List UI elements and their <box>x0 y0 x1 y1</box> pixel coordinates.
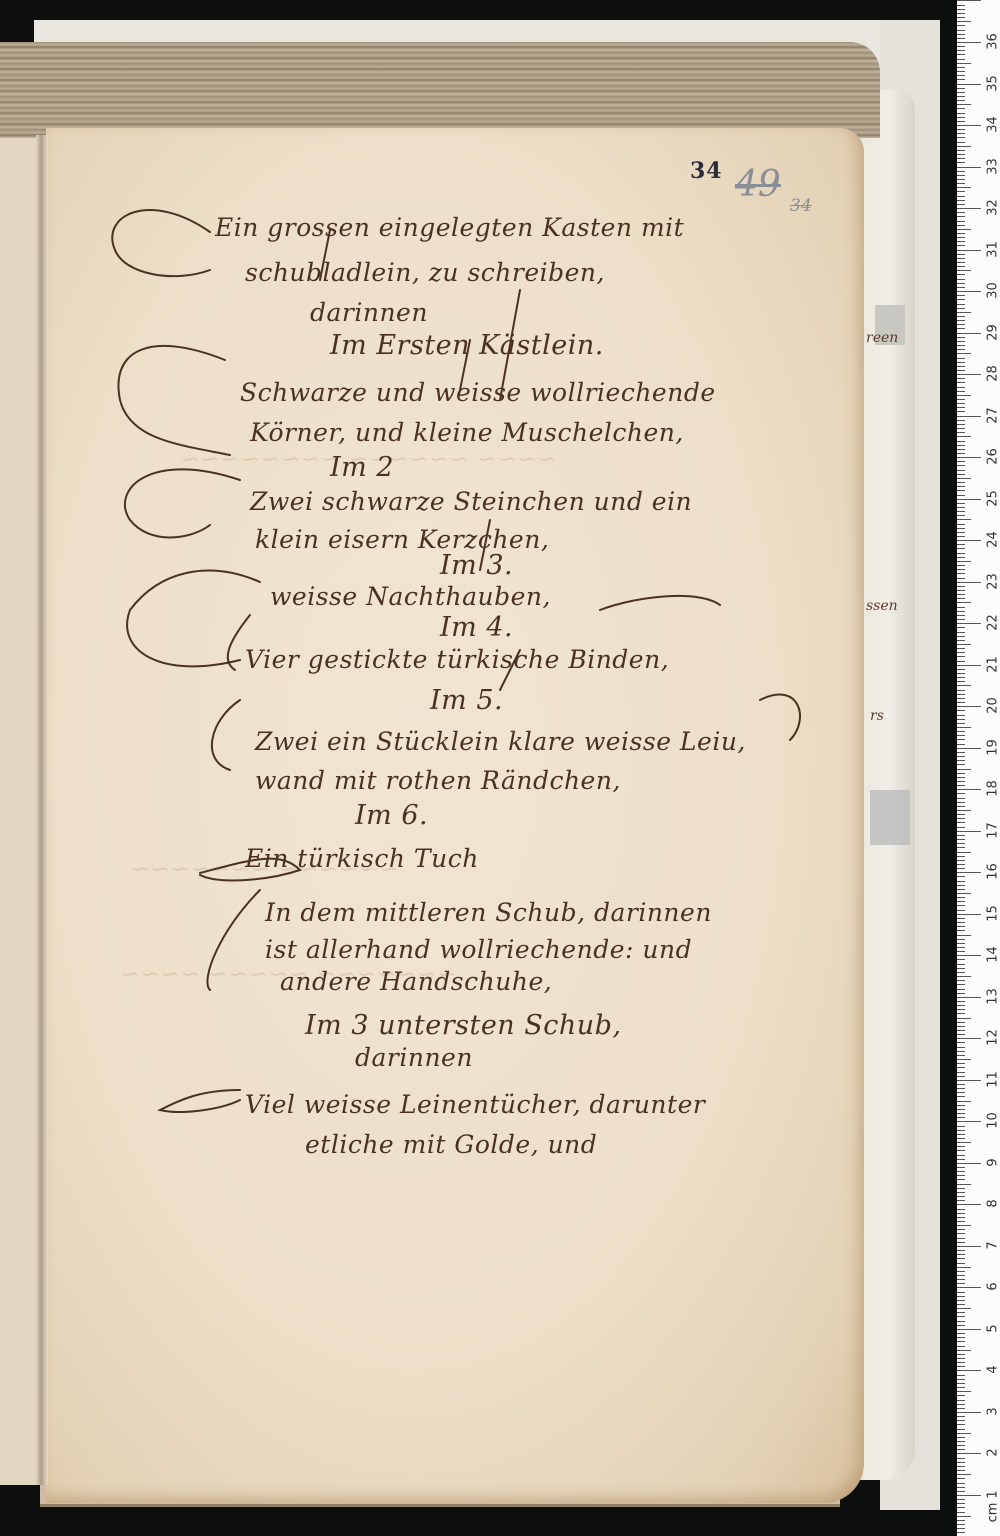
ruler-tick <box>957 619 965 620</box>
ruler-tick <box>957 723 965 724</box>
ruler-tick <box>957 1321 965 1322</box>
ruler-tick <box>957 1383 965 1384</box>
ruler-tick <box>957 910 965 911</box>
ruler-tick <box>957 710 965 711</box>
ruler-tick <box>957 1404 965 1405</box>
ruler-tick <box>957 1179 965 1180</box>
ruler-tick <box>957 511 965 512</box>
ruler-tick <box>957 810 971 811</box>
ruler-tick <box>957 250 981 251</box>
ruler-tick <box>957 1013 965 1014</box>
ruler-tick <box>957 1412 981 1413</box>
ruler-tick <box>957 1470 965 1471</box>
ruler-tick <box>957 632 965 633</box>
ruler-tick <box>957 760 965 761</box>
ruler-tick <box>957 557 965 558</box>
ruler-tick <box>957 1520 965 1521</box>
ruler-tick <box>957 764 965 765</box>
ruler-tick <box>957 420 965 421</box>
ruler-tick <box>957 1283 965 1284</box>
ruler-tick <box>957 864 965 865</box>
ruler-tick <box>957 316 965 317</box>
ruler-tick <box>957 831 981 832</box>
ruler-tick <box>957 191 965 192</box>
ruler-tick <box>957 536 965 537</box>
ruler-label: 24 <box>986 530 1000 550</box>
ruler-tick <box>957 943 965 944</box>
ruler-tick <box>957 930 965 931</box>
ruler-tick <box>957 320 965 321</box>
ruler-tick <box>957 997 981 998</box>
ruler-tick <box>957 158 965 159</box>
ruler-tick <box>957 1142 971 1143</box>
ruler-tick <box>957 507 965 508</box>
ruler-label: 28 <box>986 364 1000 384</box>
manuscript-line: wand mit rothen Rändchen, <box>255 766 621 795</box>
ruler-tick <box>957 1408 965 1409</box>
manuscript-line: Ein türkisch Tuch <box>245 844 479 873</box>
ruler-tick <box>957 1042 965 1043</box>
ruler-tick <box>957 378 965 379</box>
ruler-unit-label: cm <box>986 1503 1000 1523</box>
ruler-tick <box>957 432 965 433</box>
ruler-tick <box>957 1258 965 1259</box>
ruler-tick <box>957 333 981 334</box>
ruler-tick <box>957 1109 965 1110</box>
ruler-tick <box>957 104 971 105</box>
ruler-tick <box>957 84 981 85</box>
ruler-tick <box>957 528 965 529</box>
manuscript-heading: Im 3 untersten Schub, <box>305 1010 622 1041</box>
edge-text-fragment: reen <box>866 330 898 346</box>
edge-text-fragment: rs <box>870 708 884 724</box>
ruler-tick <box>957 993 965 994</box>
ruler-tick <box>957 79 965 80</box>
ruler-tick <box>957 1458 965 1459</box>
ruler-tick <box>957 532 965 533</box>
ruler-tick <box>957 108 965 109</box>
ruler-tick <box>957 1163 981 1164</box>
ruler-tick <box>957 656 965 657</box>
ruler-tick <box>957 1018 971 1019</box>
ruler-tick <box>957 914 981 915</box>
ruler-tick <box>957 113 965 114</box>
ruler-tick <box>957 1474 971 1475</box>
ruler-label: 6 <box>986 1277 1000 1297</box>
ruler-tick <box>957 1358 965 1359</box>
ruler-tick <box>957 806 965 807</box>
ruler-tick <box>957 478 971 479</box>
ruler-tick <box>957 731 965 732</box>
ruler-tick <box>957 436 971 437</box>
ruler-tick <box>957 258 965 259</box>
ruler-label: 33 <box>986 156 1000 176</box>
ruler-tick <box>957 615 965 616</box>
ruler-tick <box>957 885 965 886</box>
ruler-tick <box>957 1171 965 1172</box>
ruler-tick <box>957 905 965 906</box>
ruler-tick <box>957 1292 965 1293</box>
ruler-tick <box>957 1254 965 1255</box>
ruler-tick <box>957 428 965 429</box>
ruler-tick <box>957 59 965 60</box>
ruler-tick <box>957 951 965 952</box>
ruler-tick <box>957 1466 965 1467</box>
ruler-tick <box>957 822 965 823</box>
ruler-tick <box>957 727 971 728</box>
ruler-tick <box>957 1150 965 1151</box>
ruler-tick <box>957 1387 965 1388</box>
ruler-label: 9 <box>986 1152 1000 1172</box>
ruler-label: 3 <box>986 1401 1000 1421</box>
ruler-tick <box>957 926 965 927</box>
ruler-tick <box>957 424 965 425</box>
ruler-tick <box>957 681 965 682</box>
ruler-tick <box>957 1117 965 1118</box>
ruler-tick <box>957 1105 965 1106</box>
ruler-tick <box>957 150 965 151</box>
ruler-tick <box>957 669 965 670</box>
ruler-tick <box>957 204 965 205</box>
ruler-tick <box>957 835 965 836</box>
ruler-tick <box>957 445 965 446</box>
ruler-tick <box>957 1233 965 1234</box>
measurement-ruler: cm 1234567891011121314151617181920212223… <box>955 0 1000 1536</box>
ruler-tick <box>957 1400 965 1401</box>
ruler-tick <box>957 291 981 292</box>
ruler-tick <box>957 1072 965 1073</box>
ruler-tick <box>957 594 965 595</box>
ruler-label: 18 <box>986 779 1000 799</box>
ruler-tick <box>957 1370 981 1371</box>
ruler-tick <box>957 827 965 828</box>
ruler-tick <box>957 25 965 26</box>
ruler-tick <box>957 387 965 388</box>
ruler-tick <box>957 274 965 275</box>
ruler-tick <box>957 1030 965 1031</box>
ruler-tick <box>957 403 965 404</box>
ruler-tick <box>957 308 965 309</box>
ruler-tick <box>957 349 965 350</box>
ruler-tick <box>957 652 965 653</box>
ruler-label: 21 <box>986 654 1000 674</box>
ruler-tick <box>957 893 971 894</box>
ruler-tick <box>957 540 981 541</box>
ruler-tick <box>957 860 965 861</box>
ruler-tick <box>957 1325 965 1326</box>
ruler-tick <box>957 1130 965 1131</box>
ruler-tick <box>957 735 965 736</box>
ruler-tick <box>957 179 965 180</box>
ruler-tick <box>957 1495 981 1496</box>
ruler-tick <box>957 1221 965 1222</box>
ruler-tick <box>957 225 965 226</box>
ruler-tick <box>957 901 965 902</box>
manuscript-line: ist allerhand wollriechende: und <box>265 935 692 964</box>
ruler-tick <box>957 395 971 396</box>
ruler-label: 15 <box>986 903 1000 923</box>
ruler-tick <box>957 1192 965 1193</box>
ruler-tick <box>957 781 965 782</box>
ruler-label: 8 <box>986 1194 1000 1214</box>
ruler-tick <box>957 690 965 691</box>
ruler-tick <box>957 959 965 960</box>
ruler-tick <box>957 411 965 412</box>
ruler-tick <box>957 1005 965 1006</box>
ruler-tick <box>957 270 971 271</box>
ruler-tick <box>957 802 965 803</box>
manuscript-heading: Im Ersten Kästlein. <box>330 330 604 361</box>
binding-gutter <box>36 135 48 1485</box>
ruler-tick <box>957 9 965 10</box>
ruler-tick <box>957 1267 971 1268</box>
ruler-tick <box>957 1067 965 1068</box>
ruler-tick <box>957 30 965 31</box>
ruler-tick <box>957 739 965 740</box>
ruler-tick <box>957 1503 965 1504</box>
ruler-tick <box>957 1134 965 1135</box>
ruler-label: 27 <box>986 405 1000 425</box>
ruler-tick <box>957 980 965 981</box>
ruler-tick <box>957 519 971 520</box>
ruler-tick <box>957 578 965 579</box>
manuscript-line: darinnen <box>355 1043 473 1072</box>
ruler-tick <box>957 1478 965 1479</box>
ruler-tick <box>957 665 981 666</box>
ruler-tick <box>957 1429 965 1430</box>
book-top-edge <box>0 42 880 138</box>
ruler-tick <box>957 881 965 882</box>
ruler-tick <box>957 216 965 217</box>
ruler-tick <box>957 63 971 64</box>
ruler-tick <box>957 935 971 936</box>
ruler-tick <box>957 1059 971 1060</box>
ruler-tick <box>957 1532 965 1533</box>
ruler-tick <box>957 1341 965 1342</box>
ruler-tick <box>957 1246 981 1247</box>
ruler-tick <box>957 640 965 641</box>
ruler-tick <box>957 1329 981 1330</box>
ruler-label: 22 <box>986 613 1000 633</box>
ruler-tick <box>957 229 971 230</box>
ruler-tick <box>957 1026 965 1027</box>
manuscript-heading: Im 6. <box>355 800 428 831</box>
ruler-tick <box>957 955 981 956</box>
ruler-label: 13 <box>986 986 1000 1006</box>
ruler-tick <box>957 100 965 101</box>
ruler-tick <box>957 295 965 296</box>
ruler-tick <box>957 1449 965 1450</box>
manuscript-line: Schwarze und weisse wollriechende <box>240 378 716 407</box>
ruler-tick <box>957 872 981 873</box>
ruler-tick <box>957 1337 965 1338</box>
ruler-tick <box>957 299 965 300</box>
ruler-tick <box>957 1350 971 1351</box>
ruler-tick <box>957 694 965 695</box>
ruler-tick <box>957 1300 965 1301</box>
ruler-tick <box>957 586 965 587</box>
ruler-tick <box>957 1333 965 1334</box>
ruler-label: 25 <box>986 488 1000 508</box>
ruler-label: 12 <box>986 1028 1000 1048</box>
ruler-tick <box>957 374 981 375</box>
ruler-tick <box>957 719 965 720</box>
ruler-tick <box>957 1491 965 1492</box>
folio-pencil-number-small: 34 <box>790 196 812 216</box>
ruler-tick <box>957 1346 965 1347</box>
ruler-tick <box>957 71 965 72</box>
ruler-tick <box>957 636 965 637</box>
ruler-tick <box>957 1229 965 1230</box>
ruler-tick <box>957 1416 965 1417</box>
paper-tab <box>870 790 910 845</box>
ruler-tick <box>957 495 965 496</box>
ruler-tick <box>957 1034 965 1035</box>
ruler-tick <box>957 0 981 1</box>
ruler-tick <box>957 544 965 545</box>
ruler-tick <box>957 989 965 990</box>
ruler-label: 17 <box>986 820 1000 840</box>
ruler-tick <box>957 50 965 51</box>
ruler-label: 11 <box>986 1069 1000 1089</box>
ruler-tick <box>957 461 965 462</box>
ruler-tick <box>957 391 965 392</box>
ruler-tick <box>957 1437 965 1438</box>
ruler-tick <box>957 382 965 383</box>
ruler-tick <box>957 1209 965 1210</box>
edge-text-fragment: ssen <box>866 598 898 614</box>
ruler-tick <box>957 187 971 188</box>
ruler-tick <box>957 976 971 977</box>
ruler-tick <box>957 1379 965 1380</box>
ruler-tick <box>957 1055 965 1056</box>
manuscript-heading: Im 2 <box>330 452 394 483</box>
ruler-tick <box>957 474 965 475</box>
ruler-tick <box>957 744 965 745</box>
ruler-tick <box>957 673 965 674</box>
manuscript-line: schubladlein, zu schreiben, <box>245 258 605 287</box>
ruler-tick <box>957 839 965 840</box>
ruler-tick <box>957 312 971 313</box>
ruler-tick <box>957 1354 965 1355</box>
ruler-tick <box>957 661 965 662</box>
ruler-tick <box>957 416 981 417</box>
ruler-tick <box>957 345 965 346</box>
ruler-tick <box>957 1038 981 1039</box>
ruler-tick <box>957 756 965 757</box>
ruler-tick <box>957 449 965 450</box>
ruler-tick <box>957 1279 965 1280</box>
ruler-tick <box>957 154 965 155</box>
ruler-tick <box>957 1051 965 1052</box>
ruler-tick <box>957 237 965 238</box>
ruler-tick <box>957 1263 965 1264</box>
ruler-tick <box>957 1366 965 1367</box>
ruler-tick <box>957 38 965 39</box>
ruler-label: 29 <box>986 322 1000 342</box>
ruler-tick <box>957 34 965 35</box>
ruler-tick <box>957 1063 965 1064</box>
ruler-tick <box>957 972 965 973</box>
ruler-tick <box>957 304 965 305</box>
ruler-label: 7 <box>986 1235 1000 1255</box>
ruler-tick <box>957 362 965 363</box>
ruler-tick <box>957 561 971 562</box>
ruler-tick <box>957 162 965 163</box>
ruler-tick <box>957 133 965 134</box>
ruler-tick <box>957 353 971 354</box>
ruler-tick <box>957 283 965 284</box>
ruler-tick <box>957 698 965 699</box>
ruler-tick <box>957 922 965 923</box>
ruler-tick <box>957 324 965 325</box>
ruler-tick <box>957 852 971 853</box>
ruler-tick <box>957 582 981 583</box>
manuscript-line: In dem mittleren Schub, darinnen <box>265 898 712 927</box>
ruler-tick <box>957 279 965 280</box>
ruler-tick <box>957 1441 965 1442</box>
manuscript-line: Viel weisse Leinentücher, darunter <box>245 1090 705 1119</box>
ruler-tick <box>957 67 965 68</box>
ruler-tick <box>957 1316 965 1317</box>
ruler-tick <box>957 1088 965 1089</box>
ruler-label: 34 <box>986 115 1000 135</box>
ruler-tick <box>957 623 981 624</box>
ruler-tick <box>957 125 981 126</box>
ruler-tick <box>957 1296 965 1297</box>
ruler-tick <box>957 1304 965 1305</box>
ruler-tick <box>957 1009 965 1010</box>
ruler-tick <box>957 644 971 645</box>
ruler-tick <box>957 42 981 43</box>
ruler-tick <box>957 254 965 255</box>
ruler-tick <box>957 1188 965 1189</box>
ruler-tick <box>957 146 971 147</box>
ruler-tick <box>957 685 971 686</box>
ruler-tick <box>957 328 965 329</box>
ruler-tick <box>957 1238 965 1239</box>
ruler-tick <box>957 793 965 794</box>
ruler-tick <box>957 515 965 516</box>
ruler-label: 23 <box>986 571 1000 591</box>
ruler-tick <box>957 245 965 246</box>
ruler-tick <box>957 1453 981 1454</box>
ruler-tick <box>957 1101 971 1102</box>
ruler-tick <box>957 1287 981 1288</box>
ruler-tick <box>957 789 981 790</box>
manuscript-line: Vier gestickte türkische Binden, <box>245 645 669 674</box>
ruler-tick <box>957 499 981 500</box>
manuscript-line: darinnen <box>310 298 428 327</box>
ruler-label: 1 <box>986 1485 1000 1505</box>
ruler-tick <box>957 262 965 263</box>
ruler-tick <box>957 212 965 213</box>
ruler-tick <box>957 598 965 599</box>
ruler-tick <box>957 453 965 454</box>
ruler-tick <box>957 1275 965 1276</box>
ruler-tick <box>957 752 965 753</box>
ruler-tick <box>957 370 965 371</box>
ruler-label: 36 <box>986 32 1000 52</box>
ruler-tick <box>957 241 965 242</box>
ruler-tick <box>957 1196 965 1197</box>
ruler-tick <box>957 287 965 288</box>
ruler-tick <box>957 590 965 591</box>
ruler-tick <box>957 1375 965 1376</box>
ruler-tick <box>957 167 981 168</box>
ruler-tick <box>957 1391 971 1392</box>
manuscript-line: etliche mit Golde, und <box>305 1130 597 1159</box>
